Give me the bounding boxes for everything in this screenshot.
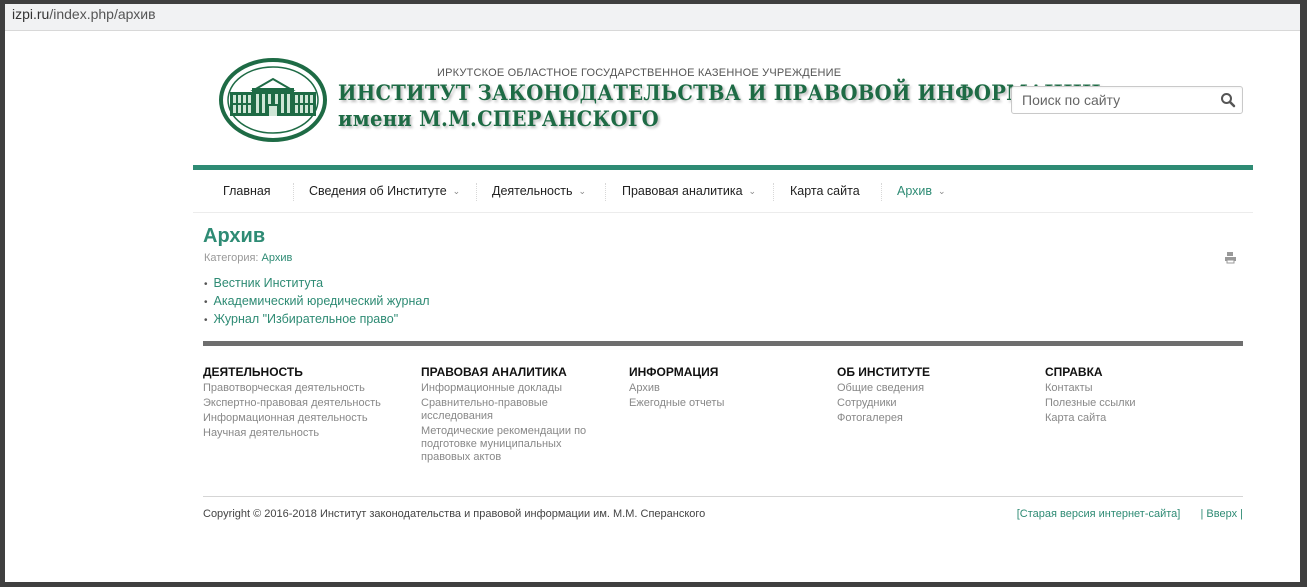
footer-column-analytics: ПРАВОВАЯ АНАЛИТИКА Информационные доклад… xyxy=(421,365,596,466)
nav-separator xyxy=(476,183,477,201)
footer-link[interactable]: Фотогалерея xyxy=(837,412,1017,425)
footer-link[interactable]: Методические рекомендации по подготовке … xyxy=(421,425,591,464)
footer-column-title: ДЕЯТЕЛЬНОСТЬ xyxy=(203,365,403,379)
footer-column-title: СПРАВКА xyxy=(1045,365,1225,379)
category-label: Категория: xyxy=(204,252,258,264)
bullet-icon: • xyxy=(204,297,208,308)
main-nav: Главная Сведения об Институте⌄ Деятельно… xyxy=(193,170,1253,213)
browser-window: izpi.ru/index.php/архив ИРКУТСКОЕ ОБЛАСТ… xyxy=(5,4,1300,582)
nav-item-home[interactable]: Главная xyxy=(223,184,271,198)
footer-link[interactable]: Правотворческая деятельность xyxy=(203,382,403,395)
nav-separator xyxy=(881,183,882,201)
nav-item-legal-analytics[interactable]: Правовая аналитика⌄ xyxy=(622,184,756,198)
footer-bottom-links: [Старая версия интернет-сайта] | Вверх | xyxy=(1017,508,1243,520)
chevron-down-icon: ⌄ xyxy=(453,186,461,196)
footer-link[interactable]: Информационные доклады xyxy=(421,382,596,395)
org-title-line2[interactable]: имени М.М.СПЕРАНСКОГО xyxy=(338,106,659,131)
footer-link[interactable]: Ежегодные отчеты xyxy=(629,397,809,410)
list-item: •Вестник Института xyxy=(204,275,430,293)
building-emblem-icon[interactable] xyxy=(218,58,328,142)
nav-label: Карта сайта xyxy=(790,184,860,198)
nav-separator xyxy=(773,183,774,201)
back-to-top-link[interactable]: Вверх xyxy=(1206,508,1237,520)
nav-label: Сведения об Институте xyxy=(309,184,447,198)
print-icon[interactable] xyxy=(1224,252,1237,264)
nav-item-about[interactable]: Сведения об Институте⌄ xyxy=(309,184,460,198)
chevron-down-icon: ⌄ xyxy=(578,186,586,196)
footer-link[interactable]: Архив xyxy=(629,382,809,395)
nav-item-archive[interactable]: Архив⌄ xyxy=(897,184,946,198)
org-subtitle: ИРКУТСКОЕ ОБЛАСТНОЕ ГОСУДАРСТВЕННОЕ КАЗЕ… xyxy=(437,67,841,79)
bullet-icon: • xyxy=(204,315,208,326)
url-path: /index.php/архив xyxy=(49,6,155,22)
separator: | xyxy=(1240,508,1243,520)
chevron-down-icon: ⌄ xyxy=(938,186,946,196)
footer-column-title: ИНФОРМАЦИЯ xyxy=(629,365,809,379)
url-host: izpi.ru xyxy=(12,6,49,22)
archive-link[interactable]: Журнал "Избирательное право" xyxy=(214,312,399,326)
search-input[interactable] xyxy=(1012,87,1212,113)
footer-line xyxy=(203,496,1243,497)
footer-link[interactable]: Контакты xyxy=(1045,382,1225,395)
footer-column-title: ОБ ИНСТИТУТЕ xyxy=(837,365,1017,379)
footer-divider xyxy=(203,341,1243,346)
footer-link[interactable]: Сотрудники xyxy=(837,397,1017,410)
address-bar[interactable]: izpi.ru/index.php/архив xyxy=(5,4,1300,31)
footer-link[interactable]: Карта сайта xyxy=(1045,412,1225,425)
copyright: Copyright © 2016-2018 Институт законодат… xyxy=(203,508,705,520)
old-site-link[interactable]: [Старая версия интернет-сайта] xyxy=(1017,508,1181,520)
nav-label: Главная xyxy=(223,184,271,198)
category-info: Категория: Архив xyxy=(204,252,292,264)
search-icon[interactable] xyxy=(1220,92,1236,108)
nav-separator xyxy=(293,183,294,201)
footer-link[interactable]: Полезные ссылки xyxy=(1045,397,1225,410)
nav-label: Архив xyxy=(897,184,932,198)
footer-link[interactable]: Сравнительно-правовые исследования xyxy=(421,397,561,423)
nav-separator xyxy=(605,183,606,201)
bullet-icon: • xyxy=(204,279,208,290)
footer-link[interactable]: Экспертно-правовая деятельность xyxy=(203,397,403,410)
footer-column-activity: ДЕЯТЕЛЬНОСТЬ Правотворческая деятельност… xyxy=(203,365,403,442)
archive-link[interactable]: Вестник Института xyxy=(214,276,324,290)
archive-list: •Вестник Института •Академический юредич… xyxy=(204,275,430,329)
nav-item-sitemap[interactable]: Карта сайта xyxy=(790,184,860,198)
list-item: •Академический юредический журнал xyxy=(204,293,430,311)
category-link[interactable]: Архив xyxy=(262,252,293,264)
nav-item-activity[interactable]: Деятельность⌄ xyxy=(492,184,586,198)
org-title[interactable]: ИНСТИТУТ ЗАКОНОДАТЕЛЬСТВА И ПРАВОВОЙ ИНФ… xyxy=(338,80,1101,105)
separator: | xyxy=(1200,508,1203,520)
nav-label: Деятельность xyxy=(492,184,572,198)
footer-link[interactable]: Научная деятельность xyxy=(203,427,403,440)
footer-column-info: ИНФОРМАЦИЯ Архив Ежегодные отчеты xyxy=(629,365,809,412)
page-title: Архив xyxy=(203,225,265,248)
web-page: ИРКУТСКОЕ ОБЛАСТНОЕ ГОСУДАРСТВЕННОЕ КАЗЕ… xyxy=(5,32,1300,582)
nav-label: Правовая аналитика xyxy=(622,184,743,198)
footer-column-about: ОБ ИНСТИТУТЕ Общие сведения Сотрудники Ф… xyxy=(837,365,1017,427)
footer-column-help: СПРАВКА Контакты Полезные ссылки Карта с… xyxy=(1045,365,1225,427)
footer-link[interactable]: Информационная деятельность xyxy=(203,412,403,425)
chevron-down-icon: ⌄ xyxy=(749,186,757,196)
footer-column-title: ПРАВОВАЯ АНАЛИТИКА xyxy=(421,365,596,379)
footer-link[interactable]: Общие сведения xyxy=(837,382,1017,395)
archive-link[interactable]: Академический юредический журнал xyxy=(214,294,430,308)
list-item: •Журнал "Избирательное право" xyxy=(204,311,430,329)
search-box[interactable] xyxy=(1011,86,1243,114)
